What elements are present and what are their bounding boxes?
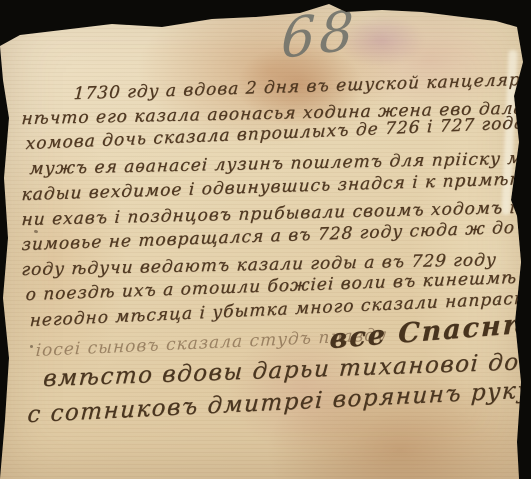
edge-mark: з — [157, 6, 162, 16]
ink-speck — [497, 300, 500, 302]
ink-speck — [30, 345, 33, 348]
page-number-pencil: 68 — [280, 3, 358, 67]
manuscript-photo: 68 з 1730 гду а вдова 2 дня въ ешуской к… — [0, 0, 531, 479]
handwriting-line: 1730 гду а вдова 2 дня въ ешуской канцел… — [73, 68, 531, 103]
paper-sheet: 68 з 1730 гду а вдова 2 дня въ ешуской к… — [0, 0, 531, 479]
flourish-phrase: все Спаснѣ — [329, 310, 531, 353]
ink-speck — [34, 229, 39, 233]
